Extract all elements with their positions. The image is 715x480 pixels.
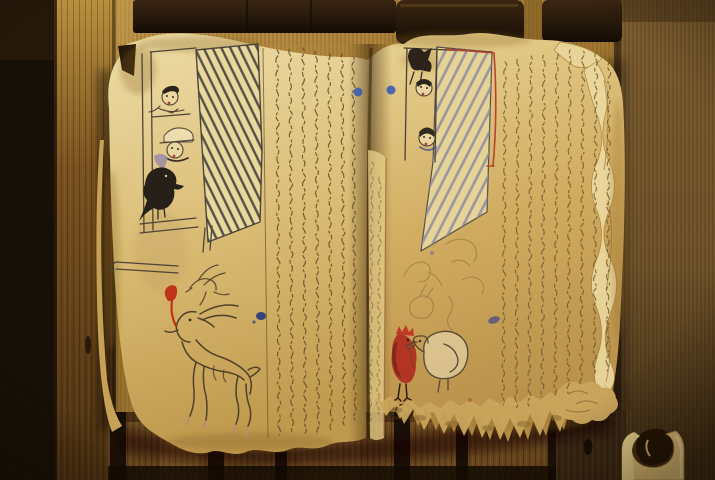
vignette: [0, 0, 715, 480]
manuscript-photo: [0, 0, 715, 480]
photo-canvas: [0, 0, 715, 480]
